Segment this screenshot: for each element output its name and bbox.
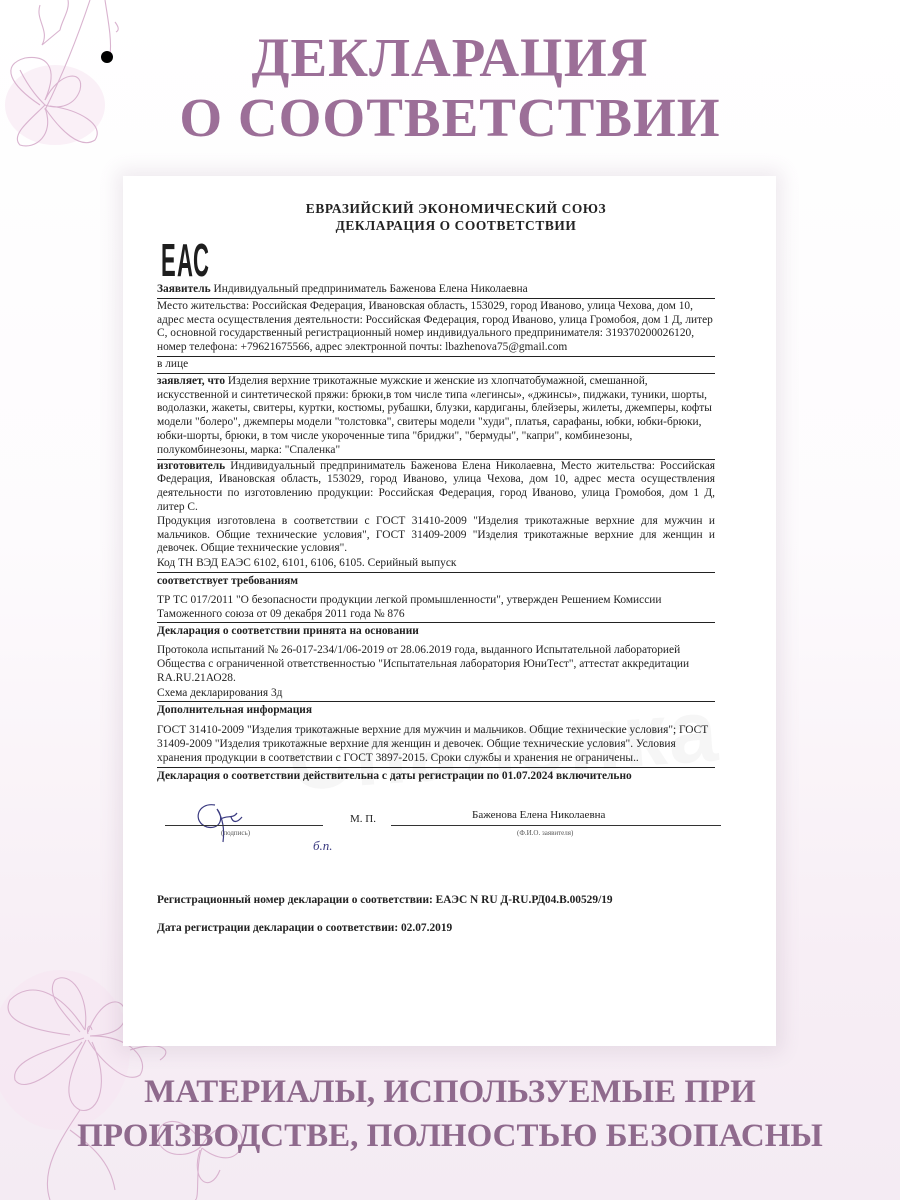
headline-line-2: О СООТВЕТСТВИИ xyxy=(0,88,900,148)
address-value: Место жительства: Российская Федерация, … xyxy=(157,300,713,353)
complies-value-row: ТР ТС 017/2011 "О безопасности продукции… xyxy=(157,593,715,624)
manufacturer-row: изготовитель Индивидуальный предпринимат… xyxy=(157,460,715,515)
footer-line-1: МАТЕРИАЛЫ, ИСПОЛЬЗУЕМЫЕ ПРИ xyxy=(0,1070,900,1114)
eac-letter-c: С xyxy=(193,238,200,282)
validity-row: Декларация о соответствии действительна … xyxy=(157,768,715,786)
scheme-row: Схема декларирования 3д xyxy=(157,686,715,703)
signature-line xyxy=(165,825,323,826)
complies-label-row: соответствует требованиям xyxy=(157,573,715,593)
tn-ved-row: Код ТН ВЭД ЕАЭС 6102, 6101, 6106, 6105. … xyxy=(157,556,715,573)
registration-number: Регистрационный номер декларации о соотв… xyxy=(157,889,715,911)
name-line xyxy=(391,825,721,826)
in-person-label: в лице xyxy=(157,358,188,370)
applicant-row: Заявитель Индивидуальный предприниматель… xyxy=(157,282,715,299)
headline-line-1: ДЕКЛАРАЦИЯ xyxy=(0,28,900,88)
basis-label: Декларация о соответствии принята на осн… xyxy=(157,625,419,637)
name-caption: (Ф.И.О. заявителя) xyxy=(517,827,573,841)
additional-value-row: ГОСТ 31410-2009 "Изделия трикотажные вер… xyxy=(157,723,715,767)
eac-mark-icon: Е А С xyxy=(161,238,715,282)
stamp-label: М. П. xyxy=(350,813,376,827)
basis-value-row: Протокола испытаний № 26-017-234/1/06-20… xyxy=(157,644,715,685)
declares-value: Изделия верхние трикотажные мужские и же… xyxy=(157,375,712,456)
registration-info: Регистрационный номер декларации о соотв… xyxy=(157,889,715,939)
stamp-note: б.п. xyxy=(313,839,333,853)
additional-label: Дополнительная информация xyxy=(157,704,312,716)
address-row: Место жительства: Российская Федерация, … xyxy=(157,299,715,357)
manufacturer-label: изготовитель xyxy=(157,460,225,472)
produced-per-row: Продукция изготовлена в соответствии с Г… xyxy=(157,515,715,556)
declares-label: заявляет, что xyxy=(157,375,225,387)
declaration-document: Спаленка ЕВРАЗИЙСКИЙ ЭКОНОМИЧЕСКИЙ СОЮЗ … xyxy=(123,176,776,1046)
produced-per-value: Продукция изготовлена в соответствии с Г… xyxy=(157,515,715,555)
eac-letter-e: Е xyxy=(161,238,168,282)
basis-value: Протокола испытаний № 26-017-234/1/06-20… xyxy=(157,644,689,684)
signature-caption: (подпись) xyxy=(221,827,250,841)
signature-block: (подпись) М. П. б.п. Баженова Елена Нико… xyxy=(157,791,715,877)
signatory-name: Баженова Елена Николаевна xyxy=(472,809,605,823)
document-body: ЕВРАЗИЙСКИЙ ЭКОНОМИЧЕСКИЙ СОЮЗ ДЕКЛАРАЦИ… xyxy=(157,200,715,939)
footer-tagline: МАТЕРИАЛЫ, ИСПОЛЬЗУЕМЫЕ ПРИ ПРОИЗВОДСТВЕ… xyxy=(0,1070,900,1158)
union-title: ЕВРАЗИЙСКИЙ ЭКОНОМИЧЕСКИЙ СОЮЗ xyxy=(197,200,715,217)
footer-line-2: ПРОИЗВОДСТВЕ, ПОЛНОСТЬЮ БЕЗОПАСНЫ xyxy=(0,1114,900,1158)
document-title: ДЕКЛАРАЦИЯ О СООТВЕТСТВИИ xyxy=(197,217,715,234)
complies-label: соответствует требованиям xyxy=(157,575,298,587)
tn-ved-code: Код ТН ВЭД ЕАЭС 6102, 6101, 6106, 6105. … xyxy=(157,557,456,569)
registration-date: Дата регистрации декларации о соответств… xyxy=(157,917,715,939)
applicant-value: Индивидуальный предприниматель Баженова … xyxy=(214,283,528,295)
validity-value: Декларация о соответствии действительна … xyxy=(157,770,632,782)
additional-label-row: Дополнительная информация xyxy=(157,702,715,723)
manufacturer-value: Индивидуальный предприниматель Баженова … xyxy=(157,460,715,513)
scheme-value: Схема декларирования 3д xyxy=(157,687,282,699)
page-headline: ДЕКЛАРАЦИЯ О СООТВЕТСТВИИ xyxy=(0,28,900,148)
declares-row: заявляет, что Изделия верхние трикотажны… xyxy=(157,374,715,460)
in-person-row: в лице xyxy=(157,357,715,374)
complies-value: ТР ТС 017/2011 "О безопасности продукции… xyxy=(157,594,661,620)
additional-value: ГОСТ 31410-2009 "Изделия трикотажные вер… xyxy=(157,724,708,764)
basis-label-row: Декларация о соответствии принята на осн… xyxy=(157,623,715,644)
eac-letter-a: А xyxy=(177,238,184,282)
